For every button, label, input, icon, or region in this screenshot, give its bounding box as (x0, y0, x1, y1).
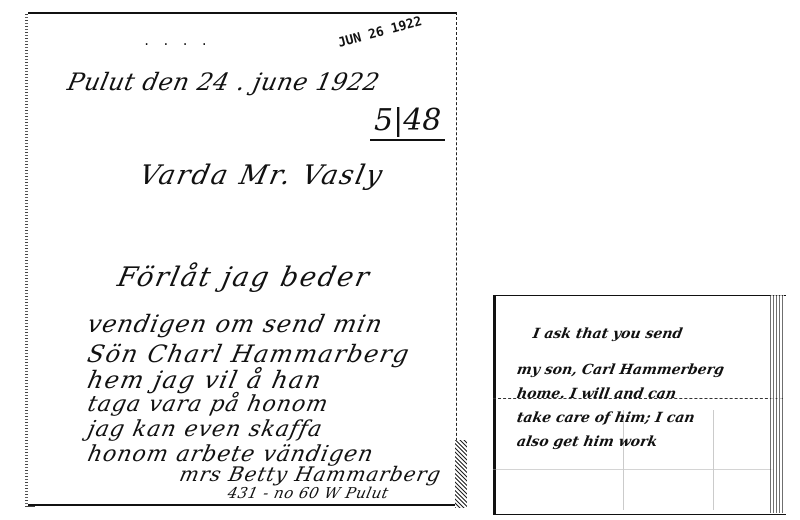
letter-address: 431 - no 60 W Pulut (226, 484, 390, 502)
decorative-dots: .... (143, 34, 220, 48)
letter-body-line-1: Förlåt jag beder (115, 262, 374, 293)
letter-header-place-date: Pulut den 24 . june 1922 (65, 68, 382, 96)
letter-salutation: Varda Mr. Vasly (137, 160, 387, 191)
letter-body-line-4: hem jag vil å han (85, 366, 325, 394)
letter-body-line-2: vendigen om send min (85, 310, 386, 338)
note-line-2: my son, Carl Hammerberg (516, 362, 726, 378)
letter-body-line-3: Sön Charl Hammarberg (85, 340, 413, 368)
note-line-4: take care of him; I can (516, 410, 696, 426)
note-line-3: home. I will and can (516, 386, 678, 402)
letter-body-line-5: taga vara på honom (85, 392, 331, 417)
note-line-5: also get him work (516, 434, 659, 450)
note-line-1: I ask that you send (532, 326, 684, 342)
letter-signature: mrs Betty Hammarberg (177, 462, 443, 486)
letter-body-line-6: jag kan even skaffa (85, 417, 325, 442)
note-scan-edge (770, 295, 784, 513)
file-reference-number: 5|48 (370, 103, 445, 141)
letter-scan-corner (455, 440, 467, 508)
